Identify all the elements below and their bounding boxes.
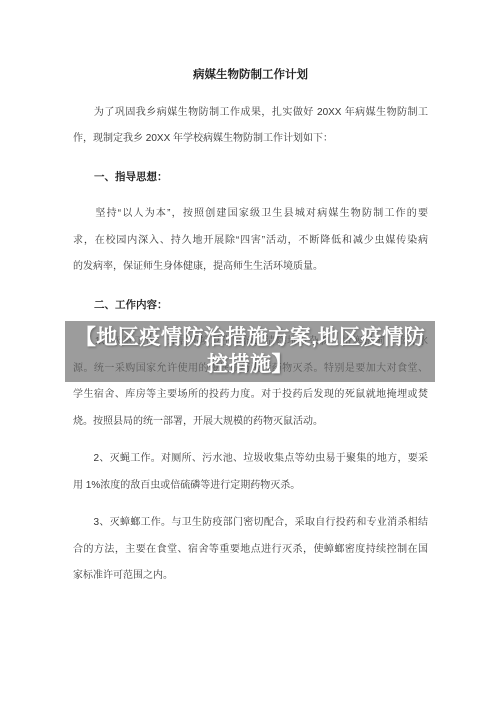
paragraph-intro: 为了巩固我乡病媒生物防制工作成果，扎实做好 20XX 年病媒生物防制工 作，现制… [73,100,428,153]
heading-guiding-ideology: 一、指导思想： [73,164,428,191]
text-line: 求，在校园内深入、持久地开展除“四害”活动，不断降低和减少虫媒传染病 [73,228,428,255]
text-line: 学生宿舍、库房等主要场所的投药力度。对于投药后发现的死鼠就地掩埋或焚 [73,382,428,409]
heading-work-content: 二、工作内容： [73,292,428,319]
text-line: 作，现制定我乡 20XX 年学校病媒生物防制工作计划如下： [73,126,428,153]
paragraph-guiding-ideology: 坚持“以人为本”，按照创建国家级卫生县城对病媒生物防制工作的要 求，在校园内深入… [73,201,428,281]
text-line: 为了巩固我乡病媒生物防制工作成果，扎实做好 20XX 年病媒生物防制工 [73,100,428,127]
heading-line: 一、指导思想： [73,164,428,191]
watermark-line: 【地区疫情防治措施方案,地区疫情防 [65,324,435,351]
paragraph-cockroach-control: 3、灭蟑螂工作。与卫生防疫部门密切配合，采取自行投药和专业消杀相结 合的方法，主… [73,510,428,590]
watermark-line: 控措施】 [65,351,435,378]
watermark-banner: 【地区疫情防治措施方案,地区疫情防 控措施】 [65,321,435,382]
text-line: 2、灭蝇工作。对厕所、污水池、垃圾收集点等幼虫易于聚集的地方，要采 [73,446,428,473]
text-line: 合的方法，主要在食堂、宿舍等重要地点进行灭杀，使蟑螂密度持续控制在国 [73,537,428,564]
text-line: 烧。按照县局的统一部署，开展大规模的药物灭鼠活动。 [73,409,428,436]
document-title: 病媒生物防制工作计划 [73,62,428,89]
paragraph-fly-control: 2、灭蝇工作。对厕所、污水池、垃圾收集点等幼虫易于聚集的地方，要采 用 1%浓度… [73,446,428,499]
heading-line: 二、工作内容： [73,292,428,319]
document-page: 病媒生物防制工作计划 为了巩固我乡病媒生物防制工作成果，扎实做好 20XX 年病… [0,0,500,706]
text-line: 的发病率，保证师生身体健康，提高师生生活环境质量。 [73,254,428,281]
text-line: 坚持“以人为本”，按照创建国家级卫生县城对病媒生物防制工作的要 [73,201,428,228]
text-line: 3、灭蟑螂工作。与卫生防疫部门密切配合，采取自行投药和专业消杀相结 [73,510,428,537]
text-line: 家标准许可范围之内。 [73,563,428,590]
text-line: 用 1%浓度的敌百虫或倍硫磷等进行定期药物灭杀。 [73,473,428,500]
watermark-banner-text: 【地区疫情防治措施方案,地区疫情防 控措施】 [65,321,435,378]
